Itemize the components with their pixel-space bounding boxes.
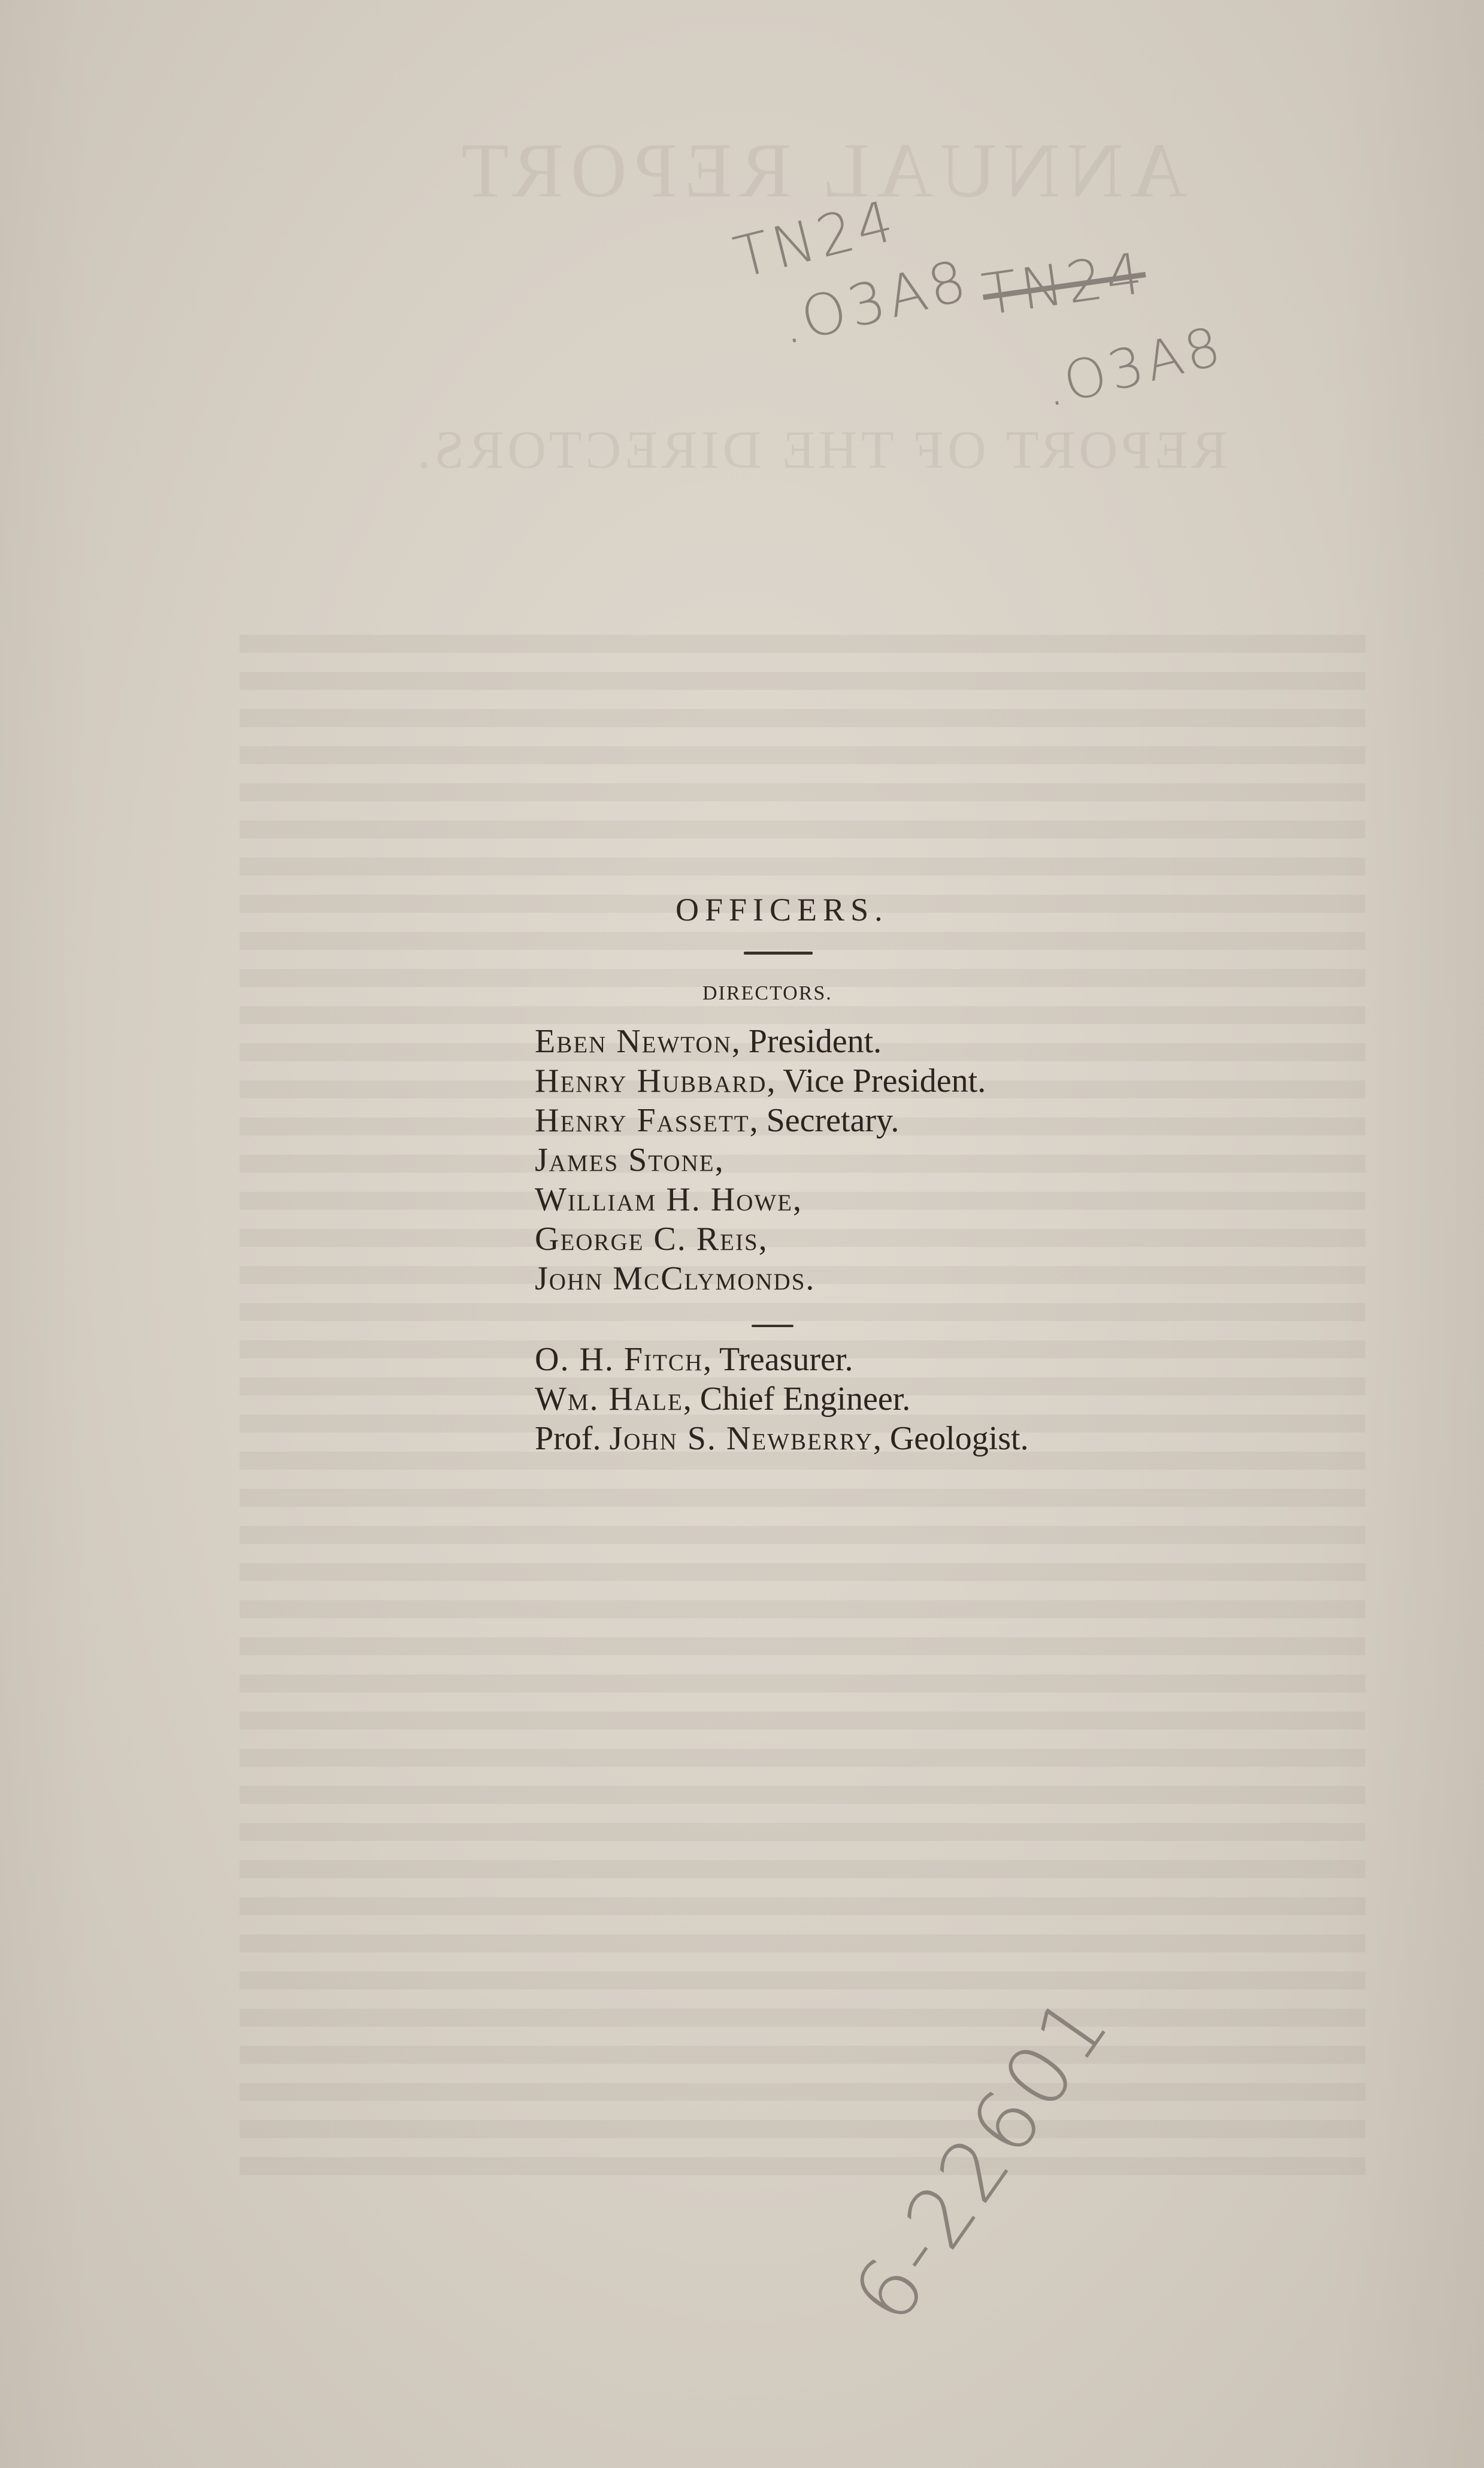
- bleed-through-title: ANNUAL REPORT: [252, 126, 1389, 216]
- other-officers-list: O. H. Fitch, Treasurer. Wm. Hale, Chief …: [535, 1340, 1029, 1458]
- director-title: , Secretary.: [750, 1102, 900, 1139]
- director-title: , President.: [732, 1023, 882, 1060]
- director-title: ,: [793, 1181, 801, 1218]
- director-name: Henry Hubbard: [535, 1062, 767, 1100]
- pencil-accession-number: 6-22601: [834, 1977, 1129, 2340]
- director-entry: Eben Newton, President.: [535, 1022, 986, 1061]
- director-title: ,: [715, 1141, 723, 1179]
- divider-rule: [744, 952, 813, 955]
- officer-name: Wm. Hale: [535, 1380, 683, 1418]
- director-title: .: [805, 1260, 814, 1297]
- director-entry: John McClymonds.: [535, 1259, 986, 1298]
- officer-entry: Wm. Hale, Chief Engineer.: [535, 1379, 1029, 1419]
- officer-prefix: Prof.: [535, 1420, 609, 1457]
- director-entry: James Stone,: [535, 1140, 986, 1180]
- officer-title: , Geologist.: [873, 1420, 1029, 1457]
- bleed-through-subtitle: REPORT OF THE DIRECTORS.: [252, 419, 1389, 481]
- officer-entry: Prof. John S. Newberry, Geologist.: [535, 1419, 1029, 1458]
- director-name: John McClymonds: [535, 1260, 805, 1297]
- officer-name: O. H. Fitch: [535, 1341, 703, 1378]
- director-entry: George C. Reis,: [535, 1219, 986, 1259]
- directors-heading: DIRECTORS.: [702, 982, 832, 1005]
- director-entry: Henry Hubbard, Vice President.: [535, 1061, 986, 1101]
- directors-list: Eben Newton, President. Henry Hubbard, V…: [535, 1022, 986, 1298]
- director-name: James Stone: [535, 1141, 715, 1179]
- director-name: George C. Reis: [535, 1221, 759, 1258]
- director-name: Eben Newton: [535, 1023, 732, 1060]
- director-title: , Vice President.: [767, 1062, 986, 1100]
- document-page: ANNUAL REPORT REPORT OF THE DIRECTORS. T…: [0, 0, 1484, 2468]
- officers-heading: OFFICERS.: [676, 891, 889, 928]
- pencil-call-number-b-line1: TN24: [979, 240, 1150, 328]
- director-entry: William H. Howe,: [535, 1180, 986, 1219]
- director-entry: Henry Fassett, Secretary.: [535, 1101, 986, 1140]
- officer-entry: O. H. Fitch, Treasurer.: [535, 1340, 1029, 1379]
- director-name: William H. Howe: [535, 1181, 793, 1218]
- director-title: ,: [759, 1221, 767, 1258]
- pencil-call-number-b-line2: .O3A8: [1037, 314, 1230, 420]
- divider-rule: [752, 1325, 794, 1327]
- officer-title: , Chief Engineer.: [683, 1380, 910, 1418]
- officer-name: John S. Newberry: [609, 1420, 873, 1457]
- director-name: Henry Fassett: [535, 1102, 750, 1139]
- officer-title: , Treasurer.: [703, 1341, 853, 1378]
